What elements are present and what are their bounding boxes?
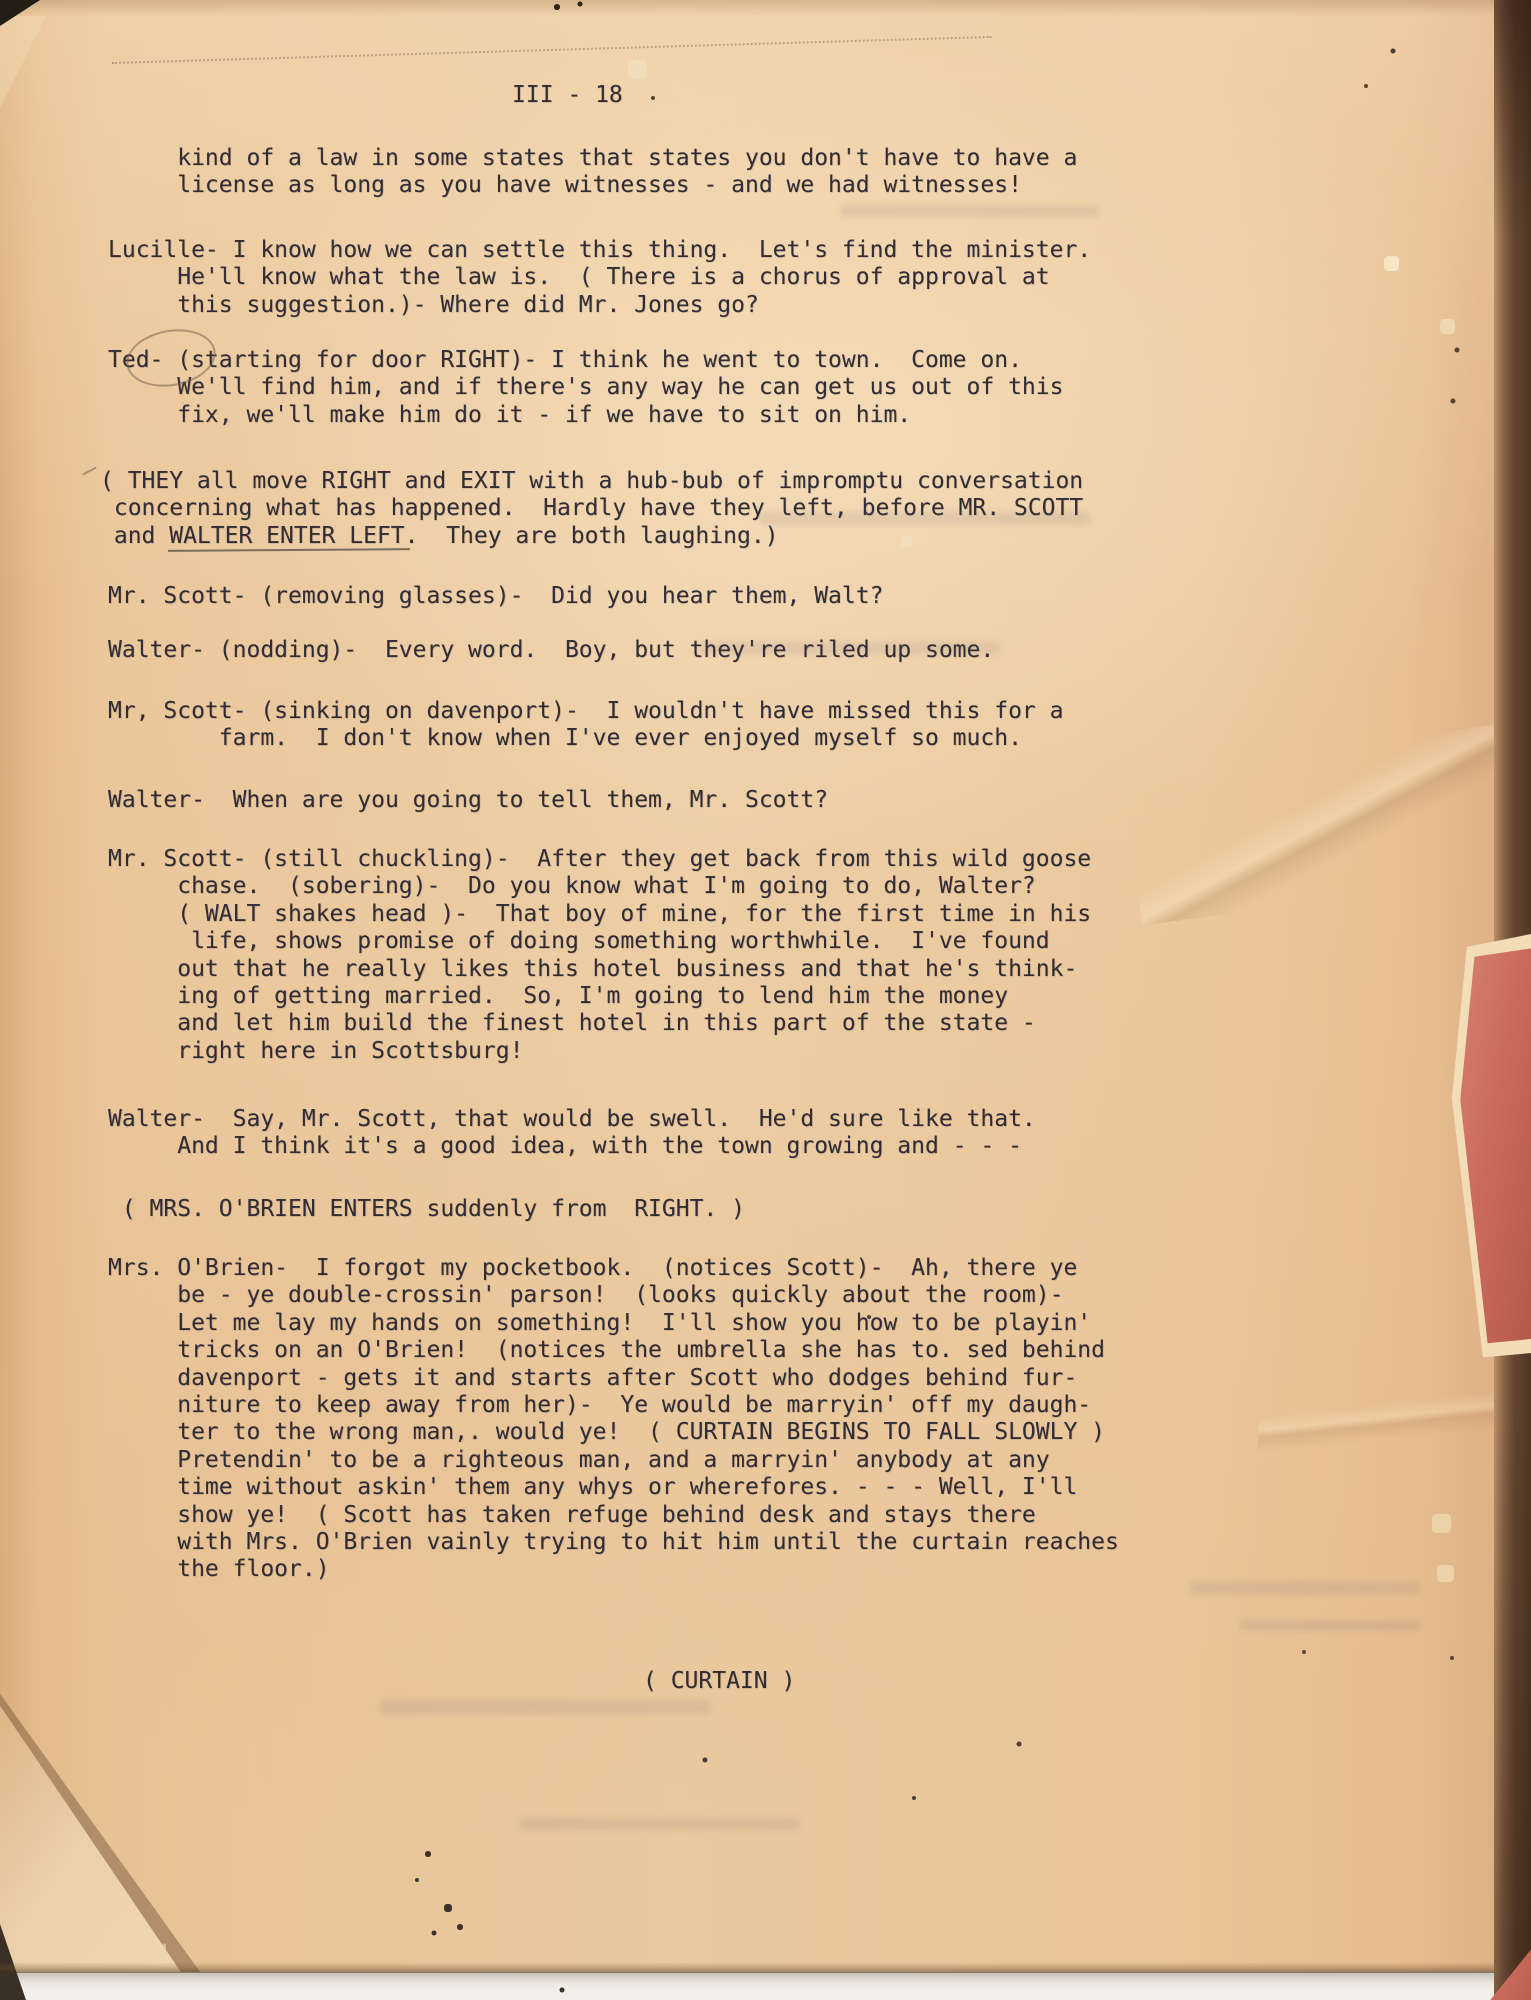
page-number: III - 18 [512, 82, 623, 109]
paper-crease [1256, 1351, 1523, 1479]
line-mr-scott-3: Mr. Scott- (still chuckling)- After they… [108, 846, 1091, 1065]
line-ted: Ted- (starting for door RIGHT)- I think … [108, 347, 1063, 429]
typed-underline [168, 548, 410, 552]
ink-bleed-through [700, 642, 1000, 654]
ink-bleed-through [1240, 1620, 1420, 1631]
line-mr-scott-2: Mr, Scott- (sinking on davenport)- I wou… [108, 698, 1063, 753]
line-walter-3: Walter- Say, Mr. Scott, that would be sw… [108, 1106, 1036, 1161]
paper-crease [1121, 724, 1518, 925]
dialogue-continuation: kind of a law in some states that states… [108, 145, 1077, 200]
top-left-crease [0, 16, 46, 108]
ink-bleed-through [1190, 1582, 1420, 1594]
stage-direction-mrs-obrien-enters: ( MRS. O'BRIEN ENTERS suddenly from RIGH… [108, 1196, 745, 1223]
dog-ear-fold [0, 1676, 238, 1972]
paper-sheet: III - 18 kind of a law in some states th… [0, 0, 1500, 1972]
curtain-direction: ( CURTAIN ) [643, 1668, 795, 1695]
line-mrs-obrien: Mrs. O'Brien- I forgot my pocketbook. (n… [108, 1255, 1119, 1584]
ink-bleed-through [840, 205, 1100, 217]
ink-bleed-through [520, 1818, 800, 1830]
bottom-page-edge [0, 1962, 1500, 1973]
line-walter-2: Walter- When are you going to tell them,… [108, 787, 828, 814]
pencil-tick-mark [82, 467, 96, 476]
ink-bleed-through [760, 512, 1090, 525]
scratch-mark [112, 36, 992, 64]
line-mr-scott-1: Mr. Scott- (removing glasses)- Did you h… [108, 583, 883, 610]
stage-direction-exit: ( THEY all move RIGHT and EXIT with a hu… [100, 468, 1083, 550]
ink-bleed-through [380, 1700, 710, 1714]
scanned-script-page: III - 18 kind of a law in some states th… [0, 0, 1531, 2000]
line-lucille: Lucille- I know how we can settle this t… [108, 237, 1091, 319]
